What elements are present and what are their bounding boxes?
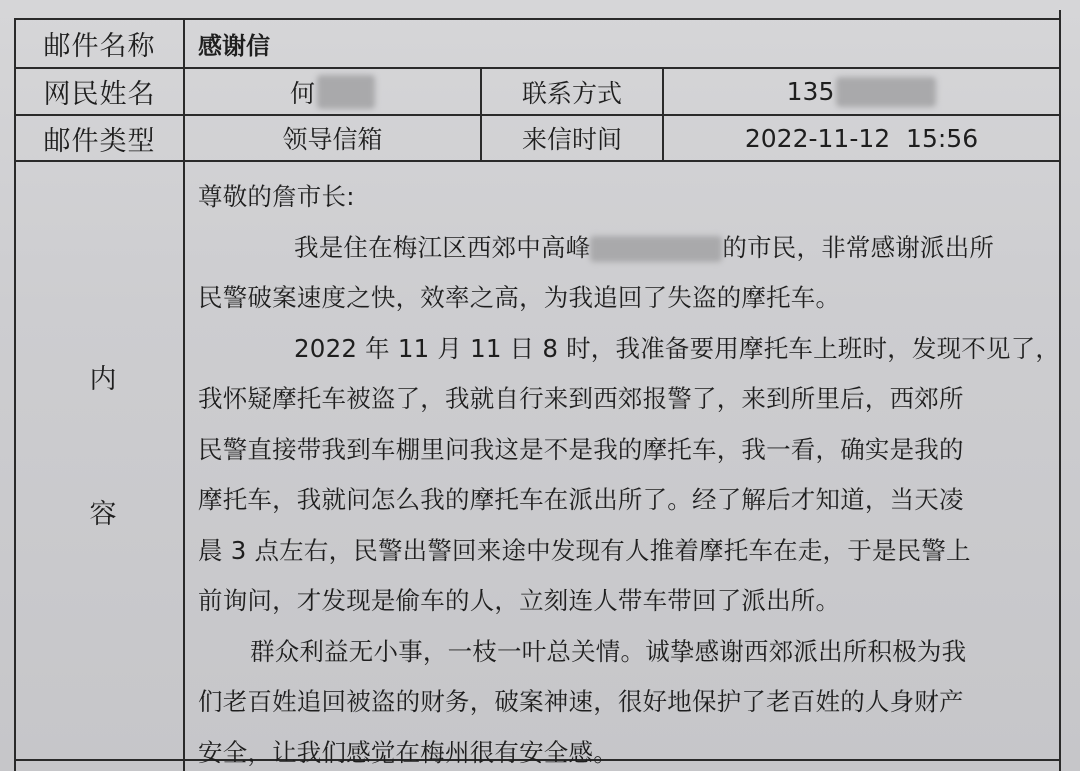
content-line: 晨 3 点左右，民警出警回来途中发现有人推着摩托车在走，于是民警上 — [198, 526, 1058, 577]
content-line: 们老百姓追回被盗的财务，破案神速，很好地保护了老百姓的人身财产 — [198, 677, 1058, 728]
letter-content: 尊敬的詹市长: 我是住在梅江区西郊中高峰的市民，非常感谢派出所 民警破案速度之快… — [198, 172, 1058, 771]
citizen-name-value: 何 — [185, 69, 480, 114]
received-time-label: 来信时间 — [482, 116, 662, 160]
content-line: 前询问，才发现是偷车的人，立刻连人带车带回了派出所。 — [198, 576, 1058, 627]
content-line: 我是住在梅江区西郊中高峰的市民，非常感谢派出所 — [198, 223, 1058, 274]
redacted-address-blur — [590, 236, 722, 262]
letter-form-sheet: 邮件名称 感谢信 网民姓名 何 联系方式 135 邮件类型 领导信箱 来信时间 … — [0, 0, 1080, 771]
contact-label: 联系方式 — [482, 69, 662, 114]
content-line: 群众利益无小事，一枝一叶总关情。诚挚感谢西郊派出所积极为我 — [198, 627, 1058, 678]
content-line: 摩托车，我就问怎么我的摩托车在派出所了。经了解后才知道，当天凌 — [198, 475, 1058, 526]
content-line: 2022 年 11 月 11 日 8 时，我准备要用摩托车上班时，发现不见了， — [198, 324, 1058, 375]
content-line: 民警破案速度之快，效率之高，为我追回了失盗的摩托车。 — [198, 273, 1058, 324]
received-time-value: 2022-11-12 15:56 — [664, 116, 1059, 160]
content-line: 我怀疑摩托车被盗了，我就自行来到西郊报警了，来到所里后，西郊所 — [198, 374, 1058, 425]
table-border-right — [1059, 10, 1061, 771]
mail-type-value: 领导信箱 — [185, 116, 480, 160]
citizen-name-label: 网民姓名 — [16, 69, 183, 114]
content-label-char-2: 容 — [88, 492, 118, 531]
contact-value: 135 — [664, 69, 1059, 114]
redacted-phone-blur — [836, 77, 936, 107]
mail-name-value: 感谢信 — [198, 20, 698, 67]
row-divider-3 — [14, 160, 1060, 162]
redacted-name-blur — [317, 75, 375, 109]
salutation: 尊敬的詹市长: — [198, 172, 1058, 223]
mail-name-label: 邮件名称 — [16, 20, 183, 67]
content-line: 民警直接带我到车棚里问我这是不是我的摩托车，我一看，确实是我的 — [198, 425, 1058, 476]
content-line: 安全，让我们感觉在梅州很有安全感。 — [198, 728, 1058, 771]
mail-type-label: 邮件类型 — [16, 116, 183, 160]
content-label-char-1: 内 — [88, 357, 118, 396]
